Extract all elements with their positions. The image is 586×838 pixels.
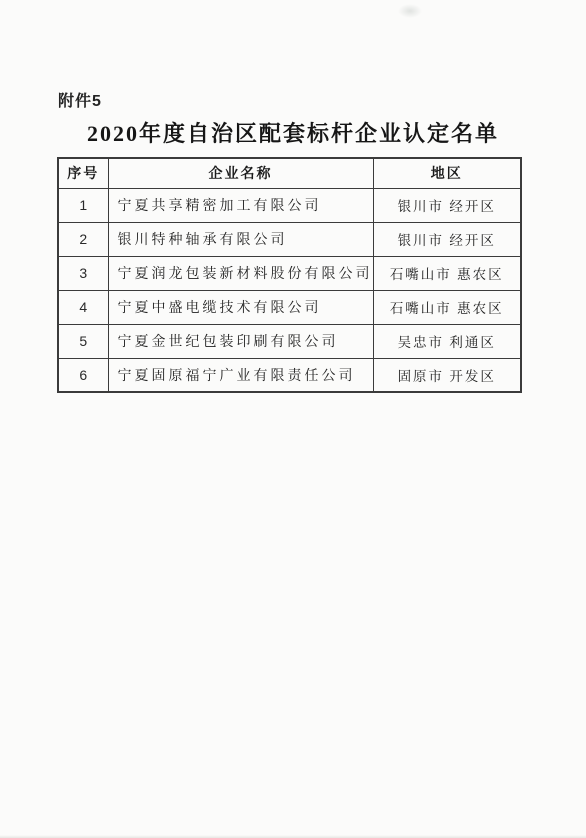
table-row: 6宁夏固原福宁广业有限责任公司固原市 开发区 bbox=[58, 358, 521, 392]
region-cell: 石嘴山市 惠农区 bbox=[373, 256, 521, 290]
serial-number-cell: 6 bbox=[58, 358, 108, 392]
table-row: 3宁夏润龙包装新材料股份有限公司石嘴山市 惠农区 bbox=[58, 256, 521, 290]
table-row: 1宁夏共享精密加工有限公司银川市 经开区 bbox=[58, 188, 521, 222]
serial-number-cell: 5 bbox=[58, 324, 108, 358]
header-company-name: 企业名称 bbox=[108, 158, 373, 188]
table-row: 5宁夏金世纪包装印刷有限公司吴忠市 利通区 bbox=[58, 324, 521, 358]
document-page: 附件5 2020年度自治区配套标杆企业认定名单 序号 企业名称 地区 1宁夏共享… bbox=[0, 0, 586, 838]
company-name-cell: 宁夏共享精密加工有限公司 bbox=[108, 188, 373, 222]
table-header-row: 序号 企业名称 地区 bbox=[58, 158, 521, 188]
header-serial-number: 序号 bbox=[58, 158, 108, 188]
company-name-cell: 宁夏金世纪包装印刷有限公司 bbox=[108, 324, 373, 358]
enterprise-table: 序号 企业名称 地区 1宁夏共享精密加工有限公司银川市 经开区2银川特种轴承有限… bbox=[57, 157, 522, 393]
table-row: 4宁夏中盛电缆技术有限公司石嘴山市 惠农区 bbox=[58, 290, 521, 324]
region-cell: 银川市 经开区 bbox=[373, 222, 521, 256]
table-header: 序号 企业名称 地区 bbox=[58, 158, 521, 188]
table-row: 2银川特种轴承有限公司银川市 经开区 bbox=[58, 222, 521, 256]
serial-number-cell: 4 bbox=[58, 290, 108, 324]
serial-number-cell: 1 bbox=[58, 188, 108, 222]
table-body: 1宁夏共享精密加工有限公司银川市 经开区2银川特种轴承有限公司银川市 经开区3宁… bbox=[58, 188, 521, 392]
scan-smudge-artifact bbox=[398, 4, 422, 18]
header-region: 地区 bbox=[373, 158, 521, 188]
region-cell: 石嘴山市 惠农区 bbox=[373, 290, 521, 324]
company-name-cell: 宁夏润龙包装新材料股份有限公司 bbox=[108, 256, 373, 290]
company-name-cell: 宁夏中盛电缆技术有限公司 bbox=[108, 290, 373, 324]
region-cell: 银川市 经开区 bbox=[373, 188, 521, 222]
serial-number-cell: 2 bbox=[58, 222, 108, 256]
region-cell: 固原市 开发区 bbox=[373, 358, 521, 392]
document-title: 2020年度自治区配套标杆企业认定名单 bbox=[0, 117, 586, 148]
company-name-cell: 宁夏固原福宁广业有限责任公司 bbox=[108, 358, 373, 392]
region-cell: 吴忠市 利通区 bbox=[373, 324, 521, 358]
serial-number-cell: 3 bbox=[58, 256, 108, 290]
attachment-label: 附件5 bbox=[58, 88, 102, 111]
company-name-cell: 银川特种轴承有限公司 bbox=[108, 222, 373, 256]
